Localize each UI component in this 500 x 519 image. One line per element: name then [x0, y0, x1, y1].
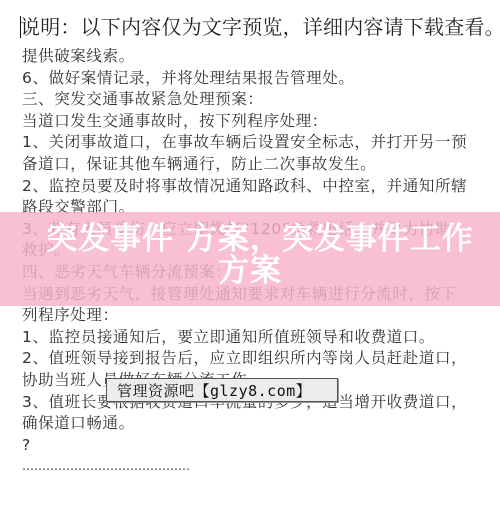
- text-line: 1、监控员接通知后，要立即通知所值班领导和收费道口。: [22, 327, 492, 349]
- text-line: 列程序处理：: [22, 305, 492, 327]
- banner-title: 突发事件 方案，突发事件工作 方案: [0, 219, 500, 291]
- dotted-separator: ……………………………………: [22, 456, 492, 478]
- text-line: 备道口，保证其他车辆通行，防止二次事故发生。: [22, 154, 492, 176]
- section-heading: 三、突发交通事故紧急处理预案：: [22, 89, 492, 111]
- text-line: ?: [22, 435, 492, 457]
- preview-notice: 说明：以下内容仅为文字预览，详细内容请下载查看。: [20, 14, 500, 40]
- watermark-label: 管理资源吧【glzy8.com】: [106, 378, 338, 402]
- text-line: 提供破案线索。: [22, 46, 492, 68]
- text-line: 2、监控员要及时将事故情况通知路政科、中控室，并通知所辖: [22, 176, 492, 198]
- text-line: 6、做好案情记录，并将处理结果报告管理处。: [22, 68, 492, 90]
- text-line: 确保道口畅通。: [22, 413, 492, 435]
- document-page: 说明：以下内容仅为文字预览，详细内容请下载查看。 提供破案线索。 6、做好案情记…: [0, 0, 500, 519]
- text-line: 当道口发生交通事故时，按下列程序处理：: [22, 111, 492, 133]
- text-line: 2、值班领导接到报告后，应立即组织所内等岗人员赶赴道口，: [22, 348, 492, 370]
- text-line: 1、关闭事故道口，在事故车辆后设置安全标志，并打开另一预: [22, 132, 492, 154]
